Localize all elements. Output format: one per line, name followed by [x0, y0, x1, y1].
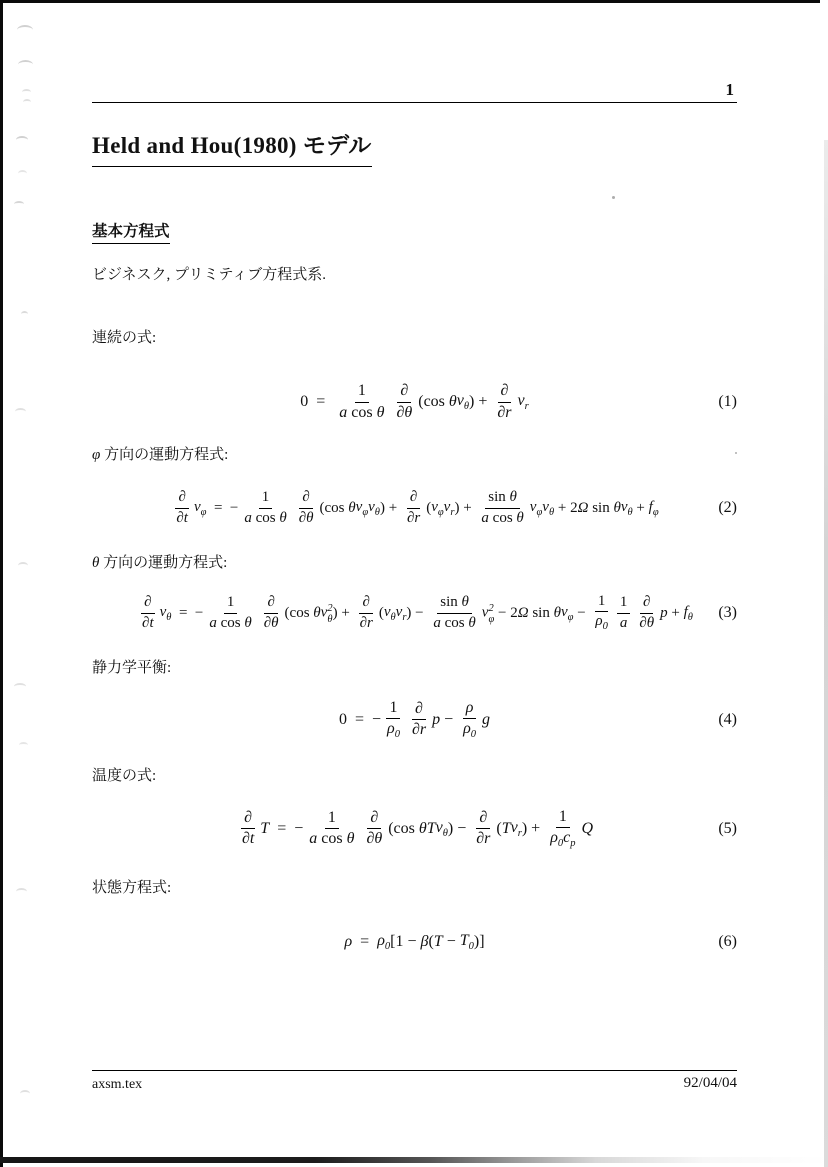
scan-mark	[23, 99, 31, 105]
equation-number: (6)	[718, 933, 737, 951]
scan-edge-left	[0, 0, 3, 1167]
equation-number: (3)	[718, 604, 737, 622]
scan-mark	[17, 25, 33, 35]
scanned-page: 1 Held and Hou(1980) モデル 基本方程式 ビジネスク, プリ…	[0, 0, 828, 1167]
equation-label: φ 方向の運動方程式:	[92, 443, 228, 464]
equation-number: (2)	[718, 499, 737, 517]
equation-label-text: 連続の式:	[92, 330, 156, 346]
scan-mark	[16, 136, 28, 144]
scan-mark	[20, 1090, 30, 1097]
equation-label: θ 方向の運動方程式:	[92, 551, 227, 572]
equation-3: ∂∂tvθ = −1a cos θ∂∂θ(cos θv2θ) + ∂∂r(vθv…	[92, 585, 737, 641]
scan-mark	[15, 408, 26, 415]
equation-label-text: 方向の運動方程式:	[100, 447, 228, 463]
scan-mark	[14, 683, 26, 690]
equation-label: 状態方程式:	[92, 876, 171, 897]
equation-body: ∂∂tT = −1a cos θ∂∂θ(cos θTvθ) − ∂∂r(Tvr)…	[236, 808, 593, 850]
scan-mark	[16, 888, 27, 895]
scan-mark	[18, 562, 28, 569]
equation-4: 0 = −1ρ0∂∂rp − ρρ0g (4)	[92, 692, 737, 748]
scan-edge-right	[824, 140, 828, 1167]
equation-6: ρ = ρ0[1 − β(T − T0)] (6)	[92, 914, 737, 970]
footer-filename: axsm.tex	[92, 1077, 142, 1093]
scan-mark	[18, 170, 27, 177]
equation-2: ∂∂tvφ = −1a cos θ∂∂θ(cos θvφvθ) + ∂∂r(vφ…	[92, 480, 737, 536]
equation-label: 連続の式:	[92, 326, 156, 347]
page-number: 1	[726, 80, 735, 100]
intro-text: ビジネスク, プリミティブ方程式系.	[92, 263, 326, 284]
equation-body: ∂∂tvθ = −1a cos θ∂∂θ(cos θv2θ) + ∂∂r(vθv…	[136, 593, 693, 633]
equation-body: ∂∂tvφ = −1a cos θ∂∂θ(cos θvφvθ) + ∂∂r(vφ…	[170, 489, 658, 527]
equation-label-text: 方向の運動方程式:	[99, 555, 227, 571]
equation-1: 0 = 1a cos θ∂∂θ(cos θvθ) + ∂∂rvr (1)	[92, 374, 737, 430]
scan-mark	[22, 89, 31, 95]
equation-label-text: 静力学平衡:	[92, 660, 171, 676]
scan-mark	[18, 60, 33, 69]
equation-label-text: 状態方程式:	[92, 880, 171, 896]
footer-date: 92/04/04	[684, 1075, 737, 1092]
equation-number: (5)	[718, 820, 737, 838]
page-title: Held and Hou(1980) モデル	[92, 127, 372, 167]
scan-mark	[21, 311, 28, 317]
equation-label: 温度の式:	[92, 764, 156, 785]
equation-label-text: 温度の式:	[92, 768, 156, 784]
equation-body: 0 = 1a cos θ∂∂θ(cos θvθ) + ∂∂rvr	[300, 382, 528, 422]
section-heading: 基本方程式	[92, 219, 170, 244]
equation-number: (4)	[718, 711, 737, 729]
header-rule	[92, 102, 737, 103]
equation-label: 静力学平衡:	[92, 656, 171, 677]
page-content: 1 Held and Hou(1980) モデル 基本方程式 ビジネスク, プリ…	[92, 0, 737, 1167]
equation-number: (1)	[718, 393, 737, 411]
footer-rule	[92, 1070, 737, 1071]
equation-5: ∂∂tT = −1a cos θ∂∂θ(cos θTvθ) − ∂∂r(Tvr)…	[92, 801, 737, 857]
equation-body: ρ = ρ0[1 − β(T − T0)]	[344, 932, 484, 952]
scan-mark	[14, 201, 24, 207]
scan-mark	[19, 742, 28, 748]
equation-body: 0 = −1ρ0∂∂rp − ρρ0g	[339, 699, 490, 741]
